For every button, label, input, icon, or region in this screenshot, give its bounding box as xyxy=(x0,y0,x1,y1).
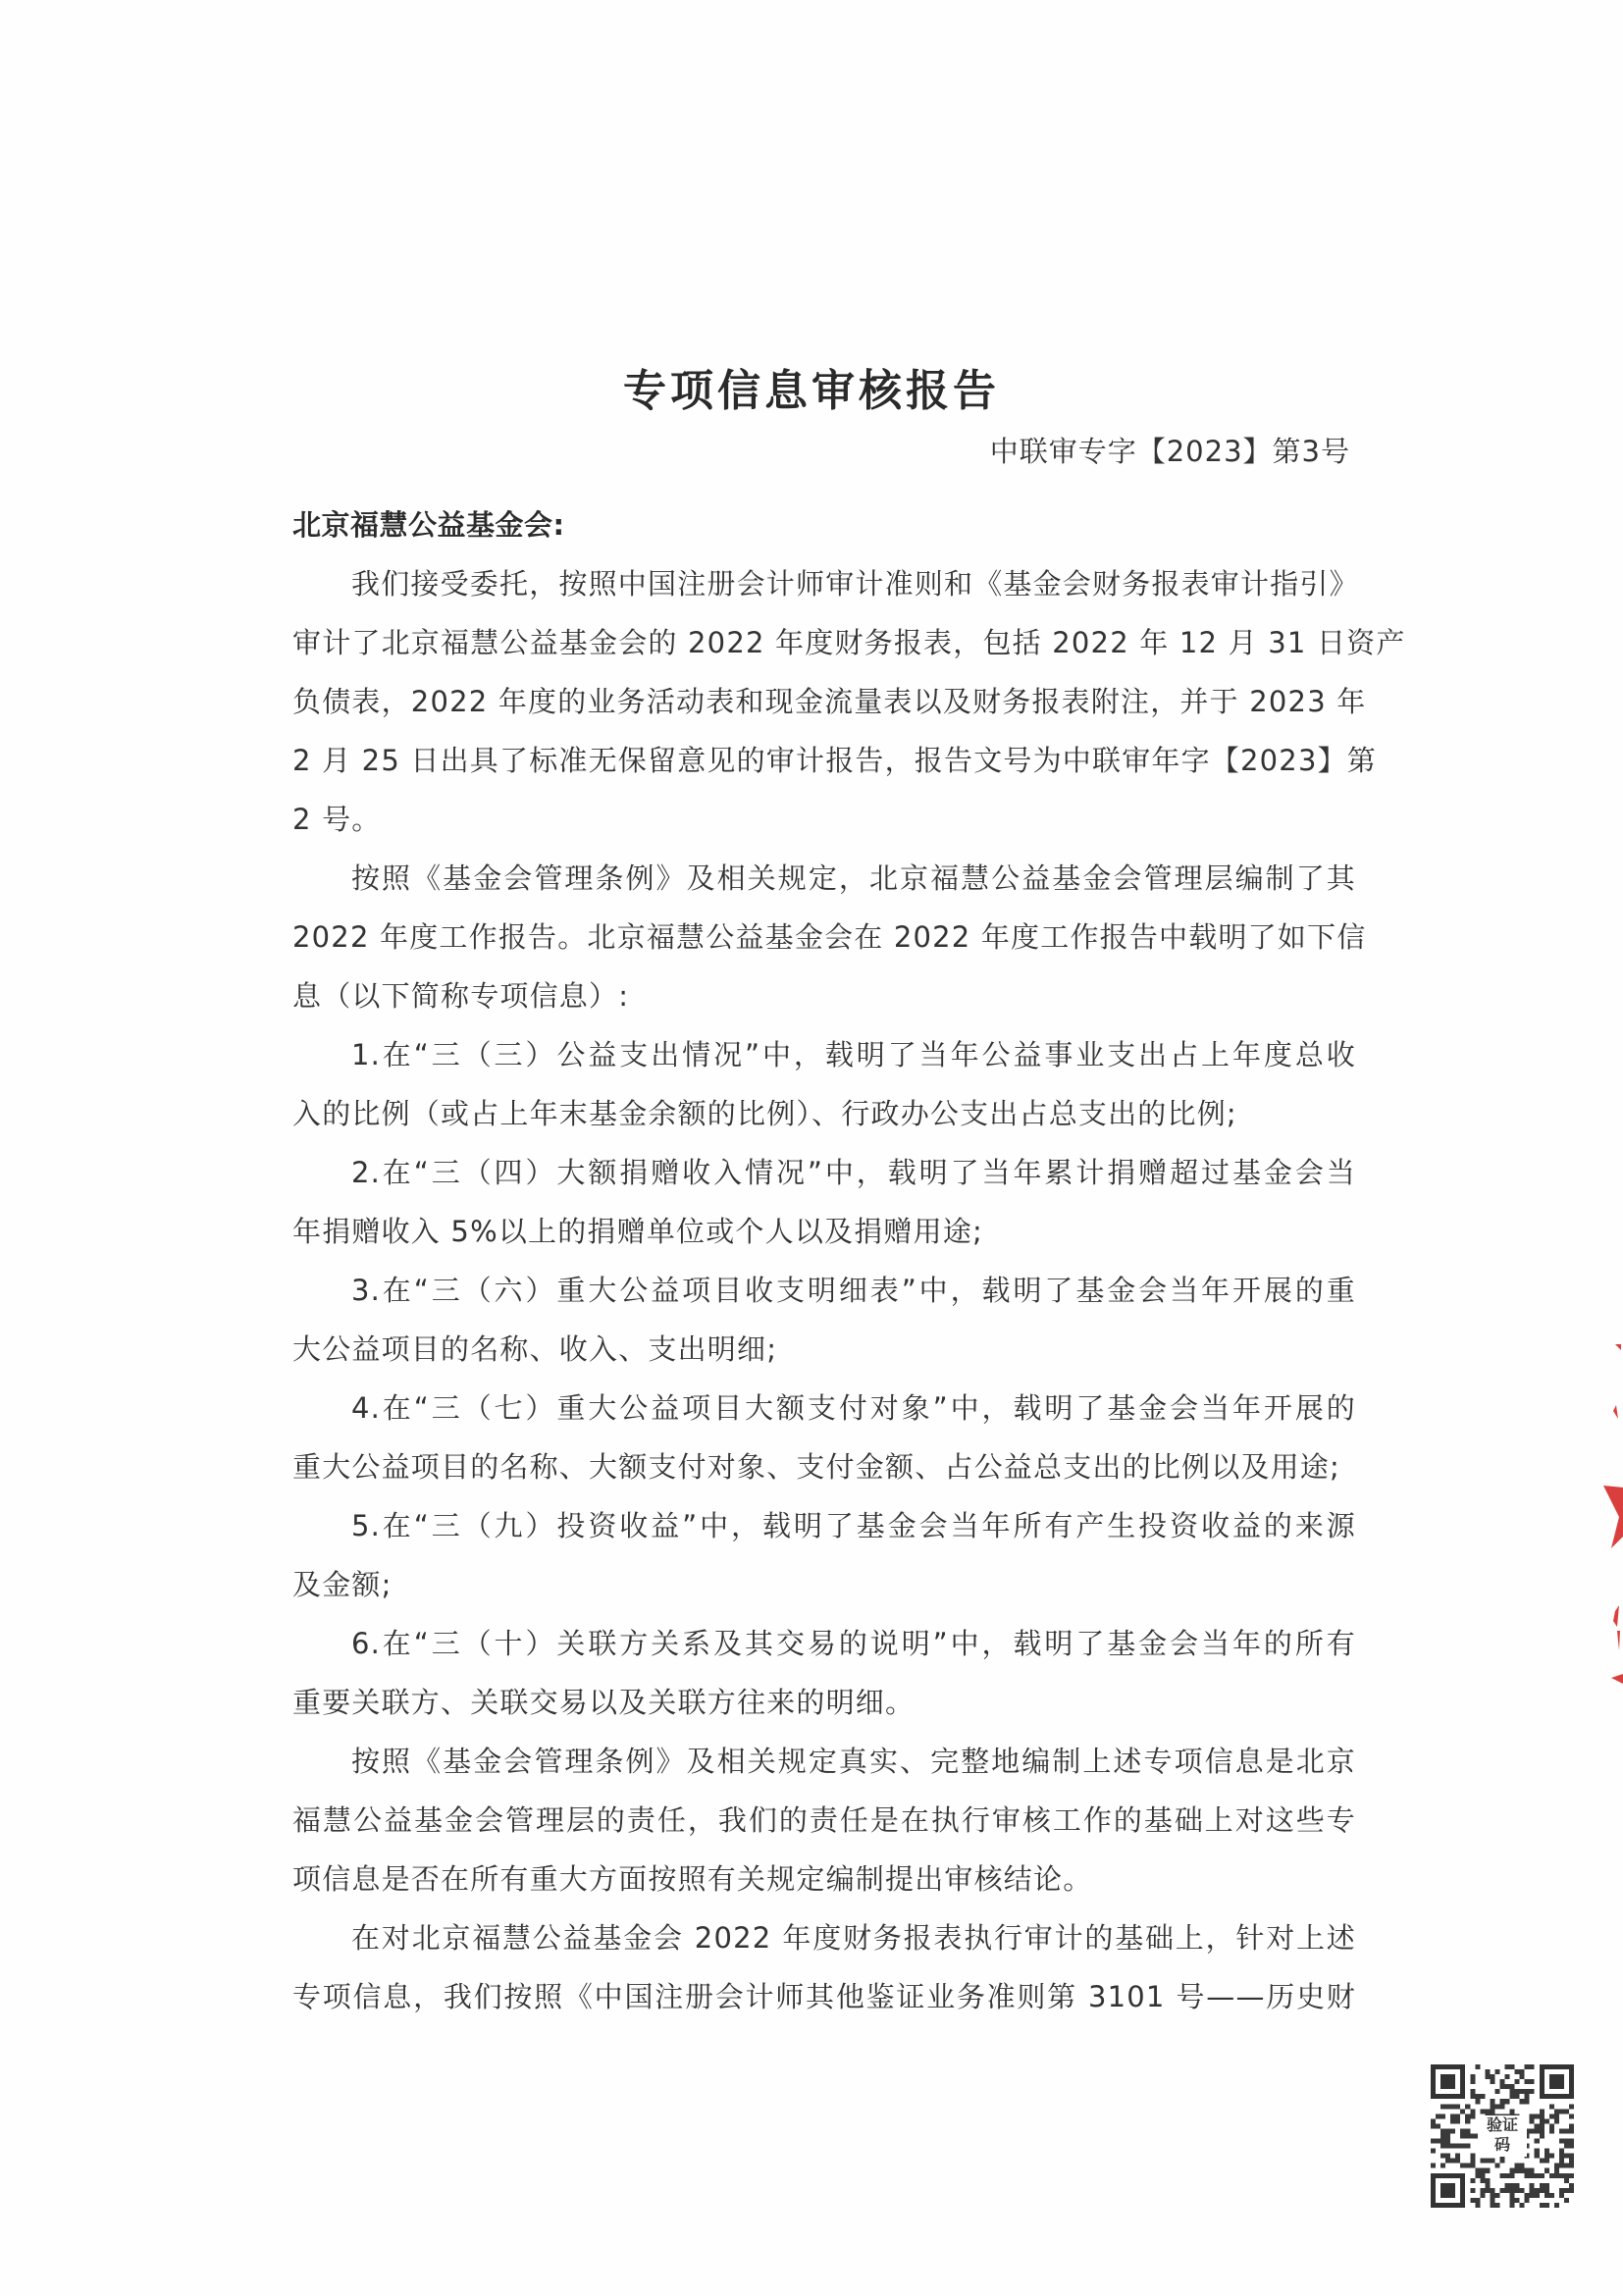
document-number: 中联审专字【2023】第3号 xyxy=(990,430,1350,470)
paragraph-first-line: 按照《基金会管理条例》及相关规定，北京福慧公益基金会管理层编制了其 xyxy=(292,849,1356,908)
paragraph-line: 2022 年度工作报告。北京福慧公益基金会在 2022 年度工作报告中载明了如下… xyxy=(292,908,1356,966)
paragraph-first-line: 3.在“三（六）重大公益项目收支明细表”中，载明了基金会当年开展的重 xyxy=(292,1261,1356,1320)
paragraph-first-line: 2.在“三（四）大额捐赠收入情况”中，载明了当年累计捐赠超过基金会当 xyxy=(292,1143,1356,1202)
paragraph-line: 项信息是否在所有重大方面按照有关规定编制提出审核结论。 xyxy=(292,1850,1356,1908)
paragraph-line: 大公益项目的名称、收入、支出明细; xyxy=(292,1320,1356,1379)
paragraph-line: 2 月 25 日出具了标准无保留意见的审计报告，报告文号为中联审年字【2023】… xyxy=(292,731,1356,790)
document-body: 北京福慧公益基金会: 我们接受委托，按照中国注册会计师审计准则和《基金会财务报表… xyxy=(292,496,1356,2026)
paragraph-line: 及金额; xyxy=(292,1555,1356,1614)
paragraph-line: 专项信息，我们按照《中国注册会计师其他鉴证业务准则第 3101 号——历史财 xyxy=(292,1967,1356,2026)
paragraph-first-line: 6.在“三（十）关联方关系及其交易的说明”中，载明了基金会当年的所有 xyxy=(292,1614,1356,1673)
body-paragraphs: 我们接受委托，按照中国注册会计师审计准则和《基金会财务报表审计指引》审计了北京福… xyxy=(292,554,1356,2026)
qr-code-label: 验证 码 xyxy=(1478,2115,1527,2157)
paragraph-line: 重要关联方、关联交易以及关联方往来的明细。 xyxy=(292,1673,1356,1732)
red-seal-edge-fragment xyxy=(1584,1344,1623,1756)
paragraph-first-line: 我们接受委托，按照中国注册会计师审计准则和《基金会财务报表审计指引》 xyxy=(292,554,1356,613)
paragraph-line: 年捐赠收入 5%以上的捐赠单位或个人以及捐赠用途; xyxy=(292,1202,1356,1261)
paragraph-line: 福慧公益基金会管理层的责任，我们的责任是在执行审核工作的基础上对这些专 xyxy=(292,1791,1356,1850)
paragraph-line: 2 号。 xyxy=(292,790,1356,849)
document-page: 专项信息审核报告 中联审专字【2023】第3号 北京福慧公益基金会: 我们接受委… xyxy=(0,0,1623,2296)
paragraph-first-line: 5.在“三（九）投资收益”中，载明了基金会当年所有产生投资收益的来源 xyxy=(292,1496,1356,1555)
paragraph-line: 息（以下简称专项信息）: xyxy=(292,966,1356,1025)
paragraph-line: 负债表，2022 年度的业务活动表和现金流量表以及财务报表附注，并于 2023 … xyxy=(292,672,1356,731)
paragraph-first-line: 按照《基金会管理条例》及相关规定真实、完整地编制上述专项信息是北京 xyxy=(292,1732,1356,1791)
salutation: 北京福慧公益基金会: xyxy=(292,496,1356,554)
page-title: 专项信息审核报告 xyxy=(0,355,1623,418)
paragraph-line: 重大公益项目的名称、大额支付对象、支付金额、占公益总支出的比例以及用途; xyxy=(292,1437,1356,1496)
paragraph-first-line: 1.在“三（三）公益支出情况”中，载明了当年公益事业支出占上年度总收 xyxy=(292,1025,1356,1084)
verification-qr-code[interactable]: 验证 码 xyxy=(1431,2064,1574,2208)
paragraph-line: 审计了北京福慧公益基金会的 2022 年度财务报表，包括 2022 年 12 月… xyxy=(292,613,1356,672)
paragraph-first-line: 4.在“三（七）重大公益项目大额支付对象”中，载明了基金会当年开展的 xyxy=(292,1379,1356,1437)
paragraph-first-line: 在对北京福慧公益基金会 2022 年度财务报表执行审计的基础上，针对上述 xyxy=(292,1908,1356,1967)
paragraph-line: 入的比例（或占上年末基金余额的比例）、行政办公支出占总支出的比例; xyxy=(292,1084,1356,1143)
